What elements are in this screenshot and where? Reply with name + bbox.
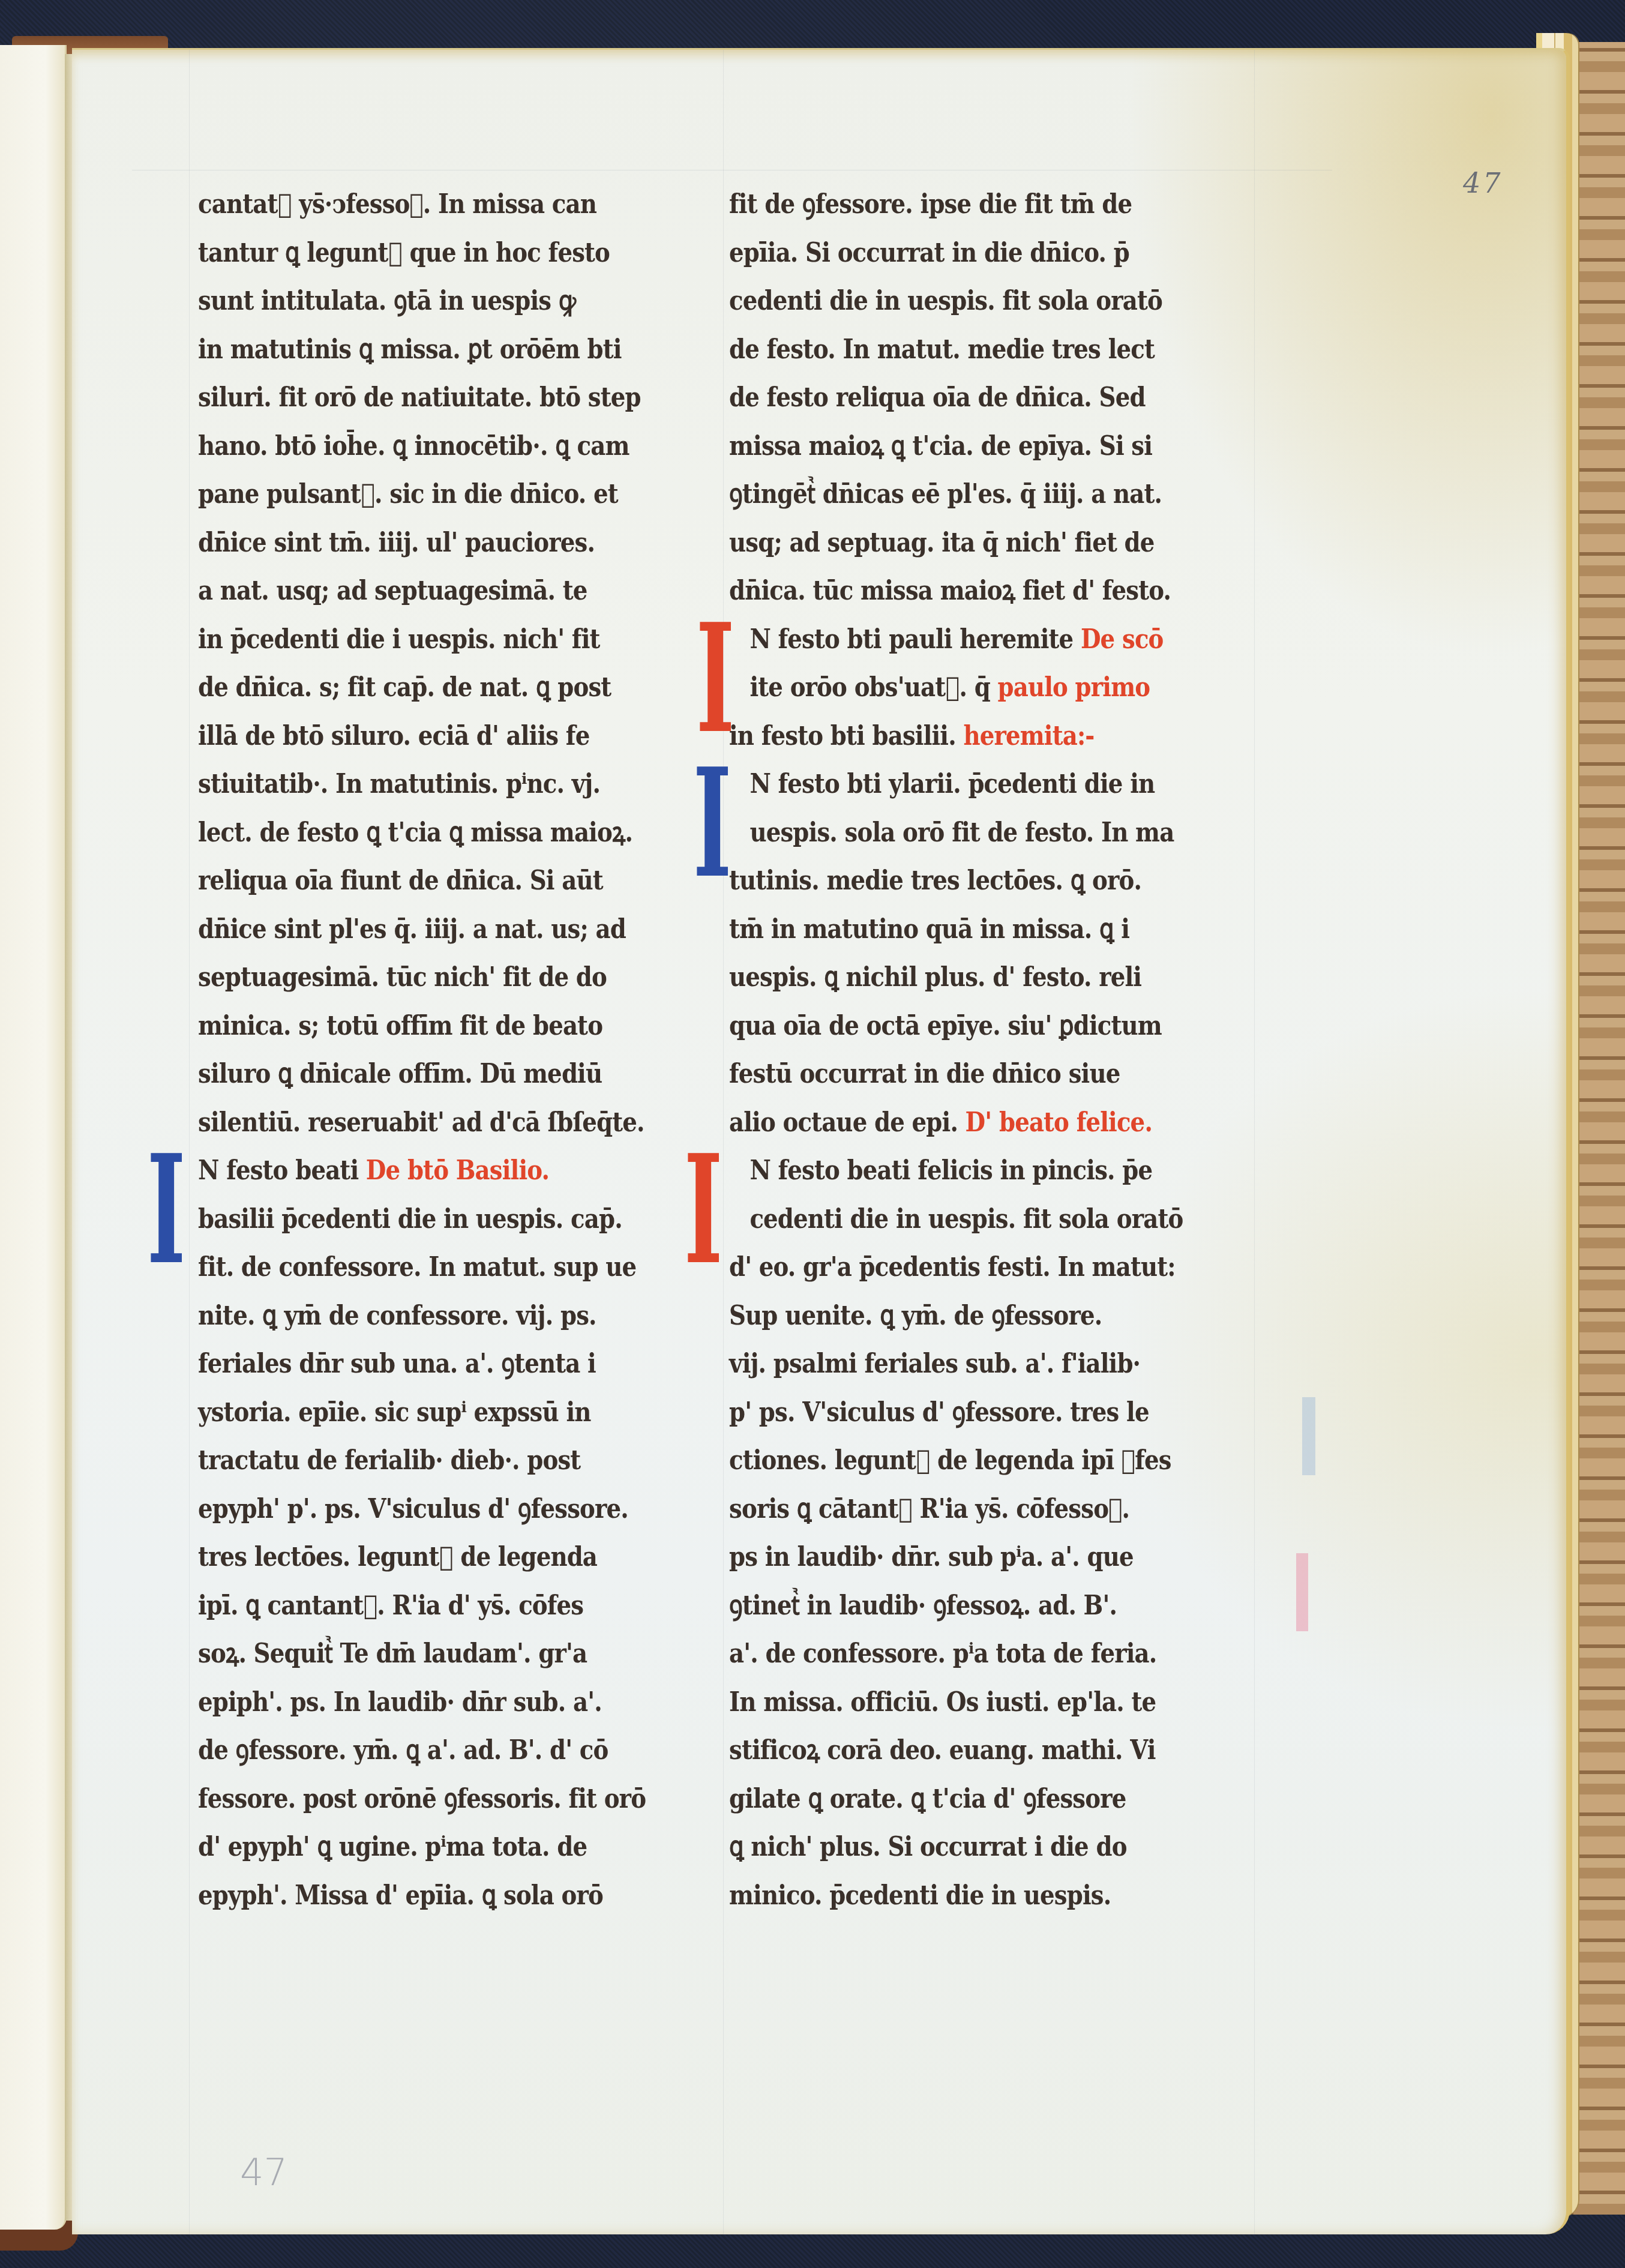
text-line: fessore. post orōnē ꝯfessoris. fit orō: [198, 1775, 605, 1823]
text-line: siluri. fit orō de natiuitate. btō step: [198, 373, 605, 422]
text-line: cantat᷑ ys̄·ↄfessoꝝ. In missa can: [198, 180, 605, 229]
text-line: N festo bti ylarii. p̄cedenti die in: [729, 760, 1178, 808]
text-line: reliqua oīa fiunt de dn̄ica. Si aūt: [198, 856, 605, 905]
text-line-with-rubric: N festo bti pauli heremite De scō: [729, 615, 1178, 664]
offset-stain-red: [1296, 1553, 1308, 1631]
text-line: siluro ꝗ dn̄icale offīm. Dū mediū: [198, 1050, 605, 1098]
text-line: ꝗ nich' plus. Si occurrat i die do: [729, 1823, 1178, 1871]
text-line: illā de btō siluro. eciā d' aliis fe: [198, 712, 605, 760]
ruling-line: [723, 50, 724, 2234]
text-line: soꝝ. Sequitᷣ Te dm̄ laudam'. gr'a: [198, 1629, 605, 1678]
folio-number: 47: [1463, 167, 1503, 199]
text-line: tractatu de ferialib· dieb·. post: [198, 1436, 605, 1485]
text-line: de festo. In matut. medie tres lect: [729, 325, 1178, 374]
text-column-left: cantat᷑ ys̄·ↄfessoꝝ. In missa can tantur…: [198, 180, 672, 1919]
text-line: ite orōo obs'uatᷣ. q̄: [749, 671, 990, 703]
text-line: uespis. sola orō fit de festo. In ma: [729, 808, 1178, 857]
text-line: d' eo. gr'a p̄cedentis festi. In matut:: [729, 1243, 1178, 1292]
text-line: ꝯtingētᷣ dn̄icas eē pl'es. q̄ iiij. a na…: [729, 470, 1178, 519]
text-line: in p̄cedenti die i uespis. nich' fit: [198, 615, 605, 664]
decorated-initial-blue: I: [693, 748, 731, 898]
text-line: silentiū. reseruabit' ad d'cā ſbſeq̄te.: [198, 1098, 605, 1147]
text-line: ꝯtinetᷣ in laudib· ꝯfessoꝝ. ad. B'.: [729, 1581, 1178, 1630]
section-hilary: I N festo bti ylarii. p̄cedenti die in u…: [729, 760, 1251, 1146]
rubric-heading: De btō Basilio.: [366, 1154, 549, 1186]
text-line: vij. psalmi feriales sub. a'. f'ialib·: [729, 1340, 1178, 1388]
text-line: usq; ad septuag. ita q̄ nich' fiet de: [729, 519, 1178, 567]
section-basil: I N festo beati De btō Basilio. basilii …: [198, 1146, 672, 1919]
text-line: d' epyph' ꝗ ugine. pⁱma tota. de: [198, 1823, 605, 1871]
text-line: uespis. ꝗ nichil plus. d' festo. reli: [729, 953, 1178, 1002]
rubric-heading: D' beato felice.: [966, 1106, 1152, 1138]
text-line: N festo beati felicis in pincis. p̄e: [729, 1146, 1178, 1195]
binding-board-fore-edge: [1572, 42, 1625, 2215]
text-line: epyph' p'. ps. V'siculus d' ꝯfessore.: [198, 1485, 605, 1533]
text-line: Sup uenite. ꝗ ym̄. de ꝯfessore.: [729, 1292, 1178, 1340]
text-line: stificoꝝ corā deo. euang. mathi. Vi: [729, 1726, 1178, 1775]
offset-stain-blue: [1302, 1397, 1315, 1475]
rubric-heading: heremita:-: [963, 720, 1094, 751]
facing-leaf-edge: [0, 45, 67, 2230]
text-line: gilate ꝗ orate. ꝗ t'cia d' ꝯfessore: [729, 1775, 1178, 1823]
text-line: cedenti die in uespis. fit sola oratō: [729, 277, 1178, 325]
text-line: tutinis. medie tres lectōes. ꝗ orō.: [729, 856, 1178, 905]
text-line: soris ꝗ cātantᷣ R'ia ys̄. cōfessoꝝ.: [729, 1485, 1178, 1533]
text-line: epīia. Si occurrat in die dn̄ico. p̄: [729, 229, 1178, 277]
text-line: festū occurrat in die dn̄ico siue: [729, 1050, 1178, 1098]
text-line: a nat. usq; ad septuagesimā. te: [198, 567, 605, 615]
section-felix: I N festo beati felicis in pincis. p̄e c…: [729, 1146, 1251, 1919]
text-line: in festo bti basilii.: [729, 720, 956, 751]
text-line: de ꝯfessore. ym̄. ꝗ a'. ad. B'. d' cō: [198, 1726, 605, 1775]
text-line: cedenti die in uespis. fit sola oratō: [729, 1195, 1178, 1244]
text-line: sunt intitulata. ꝯtā in uespis ꝙ: [198, 277, 605, 325]
section-paul-hermit: I N festo bti pauli heremite De scō ite …: [729, 615, 1251, 760]
decorated-initial-blue: I: [147, 1134, 185, 1284]
pencil-folio-number: 47: [240, 2150, 287, 2194]
rubric-heading: paulo primo: [997, 671, 1150, 703]
text-line: ipī. ꝗ cantantᷣ. R'ia d' ys̄. cōfes: [198, 1581, 605, 1630]
decorated-initial-red: I: [684, 1134, 722, 1284]
text-line: In missa. officiū. Os iusti. ep'la. te: [729, 1678, 1178, 1727]
text-line: pane pulsantᷣ. sic in die dn̄ico. et: [198, 470, 605, 519]
text-line: septuagesimā. tūc nich' fit de do: [198, 953, 605, 1002]
text-line: epyph'. Missa d' epīia. ꝗ sola orō: [198, 1871, 605, 1920]
text-line: fit de ꝯfessore. ipse die fit tm̄ de: [729, 180, 1178, 229]
text-line: minico. p̄cedenti die in uespis.: [729, 1871, 1178, 1920]
text-line: lect. de festo ꝗ t'cia ꝗ missa maioꝝ.: [198, 808, 605, 857]
ruling-line: [189, 50, 190, 2234]
text-line: ctiones. leguntᷣ de legenda ipī ꝯfes: [729, 1436, 1178, 1485]
text-line: alio octaue de epi.: [729, 1106, 958, 1138]
text-line: missa maioꝝ ꝗ t'cia. de epīya. Si si: [729, 422, 1178, 471]
text-line: ps in laudib· dn̄r. sub pⁱa. a'. que: [729, 1533, 1178, 1581]
ruling-line: [1254, 50, 1255, 2234]
text-line: basilii p̄cedenti die in uespis. cap̄.: [198, 1195, 605, 1244]
text-line: epiph'. ps. In laudib· dn̄r sub. a'.: [198, 1678, 605, 1727]
text-line: feriales dn̄r sub una. a'. ꝯtenta i: [198, 1340, 605, 1388]
text-line: qua oīa de octā epīye. siu' ꝑdictum: [729, 1002, 1178, 1050]
text-line: de festo reliqua oīa de dn̄ica. Sed: [729, 373, 1178, 422]
text-line: de dn̄ica. s; fit cap̄. de nat. ꝗ post: [198, 663, 605, 712]
text-line: ystoria. epīie. sic supⁱ expssū in: [198, 1388, 605, 1437]
text-line: in matutinis ꝗ missa. ꝑt orōēm bti: [198, 325, 605, 374]
text-line: N festo beati: [198, 1154, 358, 1186]
ruling-line: [132, 170, 1332, 170]
text-line-with-rubric: ite orōo obs'uatᷣ. q̄ paulo primo: [729, 663, 1178, 712]
text-line: fit. de confessore. In matut. sup ue: [198, 1243, 605, 1292]
text-line: tantur ꝗ leguntᷣ que in hoc festo: [198, 229, 605, 277]
text-column-right: fit de ꝯfessore. ipse die fit tm̄ de epī…: [729, 180, 1251, 1919]
text-line: dn̄ica. tūc missa maioꝝ fiet d' festo.: [729, 567, 1178, 615]
text-line: nite. ꝗ ym̄ de confessore. vij. ps.: [198, 1292, 605, 1340]
text-line: dn̄ice sint pl'es q̄. iiij. a nat. us; a…: [198, 905, 605, 954]
text-line: tm̄ in matutino quā in missa. ꝗ i: [729, 905, 1178, 954]
text-line: tres lectōes. leguntᷣ de legenda: [198, 1533, 605, 1581]
text-line: N festo bti pauli heremite: [749, 623, 1073, 655]
text-line: a'. de confessore. pⁱa tota de feria.: [729, 1629, 1178, 1678]
text-line: hano. btō ioh̄e. ꝗ innocētib·. ꝗ cam: [198, 422, 605, 471]
text-line: p' ps. V'siculus d' ꝯfessore. tres le: [729, 1388, 1178, 1437]
text-line-with-rubric: in festo bti basilii. heremita:-: [729, 712, 1178, 760]
text-line: dn̄ice sint tm̄. iiij. ul' pauciores.: [198, 519, 605, 567]
rubric-heading: De scō: [1081, 623, 1164, 655]
text-line: minica. s; totū offīm fit de beato: [198, 1002, 605, 1050]
text-line-with-rubric: N festo beati De btō Basilio.: [198, 1146, 605, 1195]
text-line-with-rubric: alio octaue de epi. D' beato felice.: [729, 1098, 1178, 1147]
text-line: stiuitatib·. In matutinis. pⁱnc. vj.: [198, 760, 605, 808]
